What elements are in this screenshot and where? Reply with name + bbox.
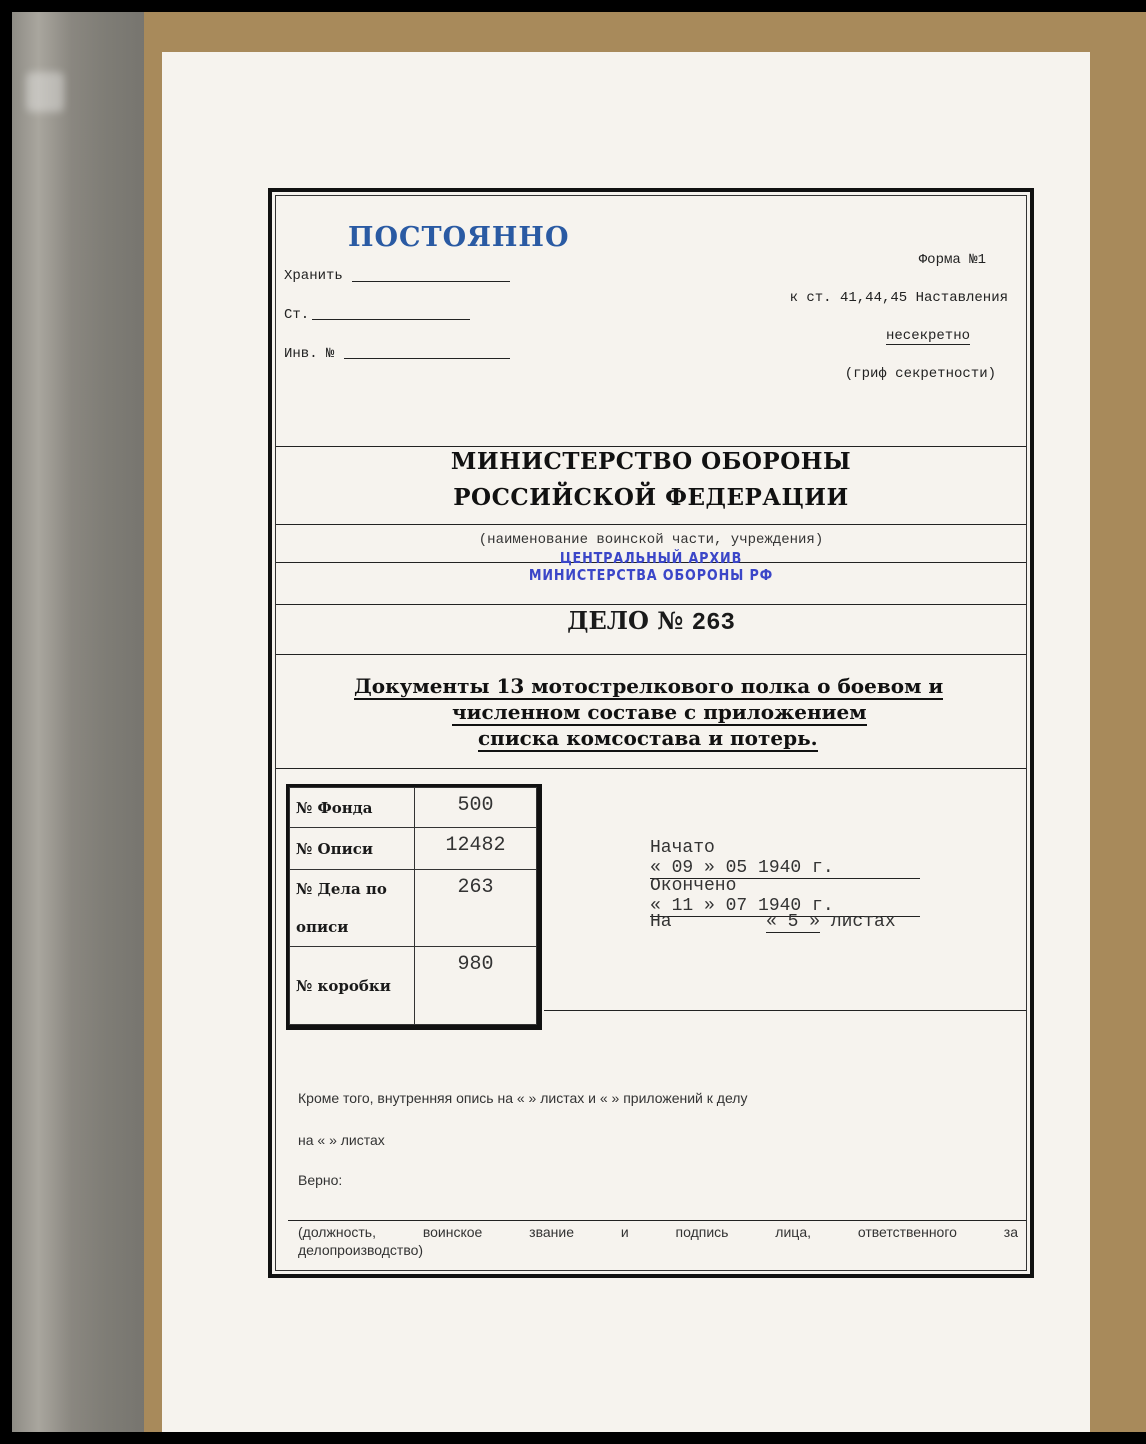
keep-label: Хранить (284, 268, 343, 284)
case-label: ДЕЛО № (567, 606, 683, 635)
ministry-line-2: РОССИЙСКОЙ ФЕДЕРАЦИИ (272, 484, 1030, 511)
box-label: № коробки (290, 947, 415, 1025)
table-row: № коробки980 (290, 947, 537, 1025)
ended-row: Окончено« 11 » 07 1940 г. (650, 876, 1030, 917)
opis-value: 12482 (415, 828, 537, 870)
unit-name-caption: (наименование воинской части, учреждения… (272, 532, 1030, 548)
classification-caption: (гриф секретности) (845, 366, 996, 382)
classification-value: несекретно (886, 328, 970, 345)
case-title-line-1: Документы 13 мотострелкового полка о бое… (354, 674, 943, 700)
inventory-label: Инв. № (284, 346, 334, 362)
spine-glare (26, 72, 64, 112)
case-title-line-2: численном составе с приложением (452, 700, 867, 726)
signature-line (288, 1220, 1026, 1221)
article-label: Ст. (284, 307, 309, 323)
sheets-label: На (650, 912, 766, 932)
divider (276, 524, 1026, 525)
ministry-line-1: МИНИСТЕРСТВО ОБОРОНЫ (272, 448, 1030, 475)
divider (276, 446, 1026, 447)
sheets-row: На« 5 » листах (650, 912, 896, 933)
fond-label: № Фонда (290, 788, 415, 828)
started-row: Начато« 09 » 05 1940 г. (650, 838, 1030, 879)
form-reference: к ст. 41,44,45 Наставления (790, 290, 1008, 306)
case-title-line-3: списка комсостава и потерь. (478, 726, 818, 752)
case-number-heading: ДЕЛО № 263 (272, 606, 1030, 637)
sheets-suffix: листах (831, 912, 896, 932)
delo-label: № Дела по описи (290, 870, 415, 947)
stamp-archive-line-2: МИНИСТЕРСТВА ОБОРОНЫ РФ (329, 567, 973, 584)
delo-value: 263 (415, 870, 537, 947)
divider (276, 604, 1026, 605)
signature-caption-line-2: делопроизводство) (298, 1242, 423, 1258)
sheets-value: « 5 » (766, 912, 820, 933)
divider (276, 654, 1026, 655)
keep-field-line (352, 281, 510, 282)
divider (276, 768, 1026, 769)
opis-label: № Описи (290, 828, 415, 870)
stamp-archive-line-1: ЦЕНТРАЛЬНЫЙ АРХИВ (329, 550, 973, 567)
fond-value: 500 (415, 788, 537, 828)
folder-spine (12, 12, 144, 1432)
started-label: Начато (650, 838, 766, 858)
form-number: Форма №1 (919, 252, 986, 268)
divider (544, 1010, 1026, 1011)
case-cover-form: ПОСТОЯННО Хранить Ст. Инв. № Форма №1 к … (268, 188, 1034, 1278)
verified-label: Верно: (298, 1172, 342, 1188)
table-row: № Фонда500 (290, 788, 537, 828)
ended-label: Окончено (650, 876, 766, 896)
stamp-permanent: ПОСТОЯННО (348, 222, 569, 253)
table-row: № Описи12482 (290, 828, 537, 870)
internal-sheets-line: на « » листах (298, 1132, 385, 1148)
internal-inventory-line: Кроме того, внутренняя опись на « » лист… (298, 1090, 747, 1106)
article-field-line (312, 319, 470, 320)
table-row: № Дела по описи263 (290, 870, 537, 947)
case-number: 263 (692, 610, 735, 637)
signature-caption-line-1: (должность, воинское звание и подпись ли… (298, 1224, 1018, 1240)
box-value: 980 (415, 947, 537, 1025)
archive-identifiers-table: № Фонда500 № Описи12482 № Дела по описи2… (286, 784, 542, 1030)
inventory-field-line (344, 358, 510, 359)
